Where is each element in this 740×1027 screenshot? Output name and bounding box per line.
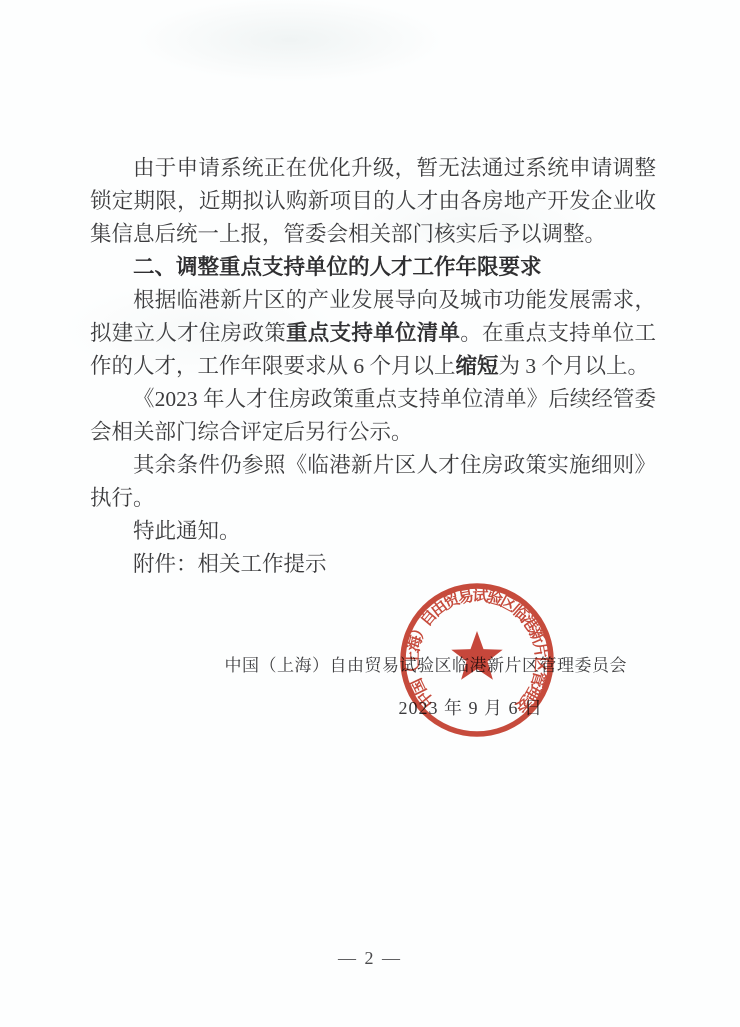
paragraph-other-conditions: 其余条件仍参照《临港新片区人才住房政策实施细则》执行。 bbox=[90, 449, 656, 515]
paragraph-run: 为 3 个月以上。 bbox=[499, 354, 650, 378]
bold-run-key-unit-list: 重点支持单位清单 bbox=[286, 321, 460, 345]
paragraph-attachment: 附件：相关工作提示 bbox=[90, 548, 656, 581]
paragraph-work-years: 根据临港新片区的产业发展导向及城市功能发展需求，拟建立人才住房政策重点支持单位清… bbox=[90, 284, 656, 383]
paragraph-unit-list-publicity: 《2023 年人才住房政策重点支持单位清单》后续经管委会相关部门综合评定后另行公… bbox=[90, 383, 656, 449]
section-heading-2: 二、调整重点支持单位的人才工作年限要求 bbox=[90, 251, 656, 284]
issuer-signature: 中国（上海）自由贸易试验区临港新片区管理委员会 bbox=[0, 651, 627, 676]
notice-body: 由于申请系统正在优化升级，暂无法通过系统申请调整锁定期限，近期拟认购新项目的人才… bbox=[90, 152, 656, 581]
page-number: — 2 — bbox=[0, 948, 740, 969]
paragraph-notice-closing: 特此通知。 bbox=[90, 515, 656, 548]
bold-run-shortened: 缩短 bbox=[456, 354, 499, 378]
issue-date: 2023 年 9 月 6 日 bbox=[0, 694, 543, 720]
paragraph-system-upgrade: 由于申请系统正在优化升级，暂无法通过系统申请调整锁定期限，近期拟认购新项目的人才… bbox=[90, 152, 656, 251]
document-page: 由于申请系统正在优化升级，暂无法通过系统申请调整锁定期限，近期拟认购新项目的人才… bbox=[0, 0, 740, 1027]
